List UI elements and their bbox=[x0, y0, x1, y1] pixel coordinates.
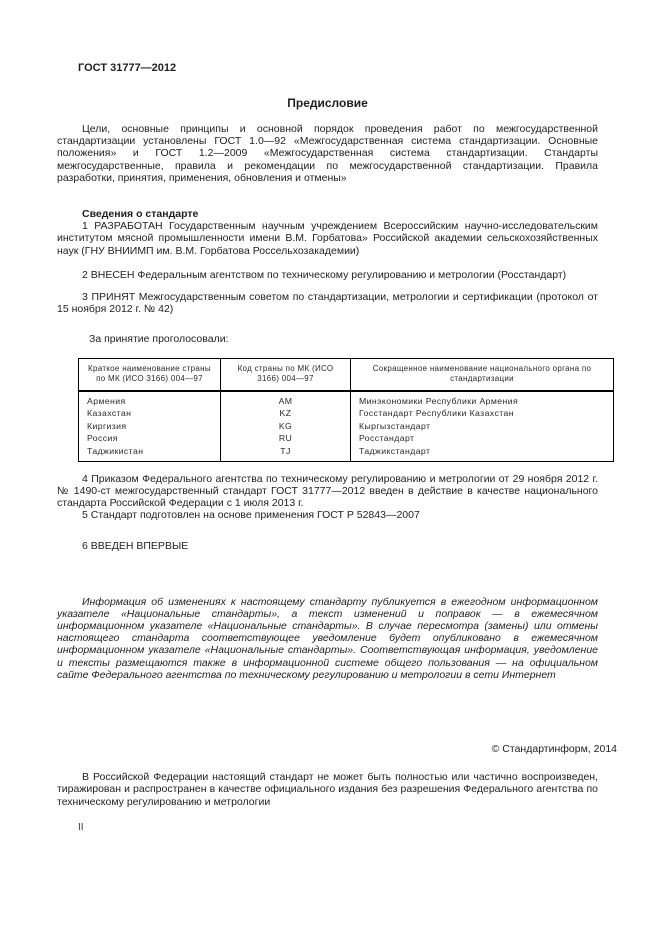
cell-org: Госстандарт Республики Казахстан bbox=[351, 407, 614, 420]
vote-table-header-row: Краткое наименование страны по МК (ИСО 3… bbox=[79, 358, 614, 391]
cell-code: TJ bbox=[221, 445, 351, 461]
reproduction-notice: В Российской Федерации настоящий стандар… bbox=[57, 771, 598, 808]
intro-paragraph: Цели, основные принципы и основной поряд… bbox=[57, 123, 598, 184]
info-item-adopted: 3 ПРИНЯТ Межгосударственным советом по с… bbox=[57, 291, 598, 315]
amendment-notice: Информация об изменениях к настоящему ст… bbox=[57, 596, 598, 681]
document-page: ГОСТ 31777—2012 Предисловие Цели, основн… bbox=[0, 0, 661, 936]
info-item-developed: 1 РАЗРАБОТАН Государственным научным учр… bbox=[57, 220, 598, 257]
table-row: Таджикистан TJ Таджикстандарт bbox=[79, 445, 614, 461]
standard-info-heading: Сведения о стандарте bbox=[82, 208, 598, 220]
cell-country: Россия bbox=[79, 432, 221, 445]
copyright-line: © Стандартинформ, 2014 bbox=[57, 743, 617, 755]
cell-code: RU bbox=[221, 432, 351, 445]
cell-country: Киргизия bbox=[79, 420, 221, 433]
standard-designation: ГОСТ 31777—2012 bbox=[78, 62, 661, 75]
vote-lead-text: За принятие проголосовали: bbox=[89, 333, 661, 345]
cell-code: AM bbox=[221, 391, 351, 408]
info-item-order: 4 Приказом Федерального агентства по тех… bbox=[57, 473, 598, 510]
cell-org: Минэкономики Республики Армения bbox=[351, 391, 614, 408]
table-row: Киргизия KG Кыргызстандарт bbox=[79, 420, 614, 433]
info-item-submitted: 2 ВНЕСЕН Федеральным агентством по техни… bbox=[57, 269, 598, 281]
cell-org: Кыргызстандарт bbox=[351, 420, 614, 433]
vote-table-header-code: Код страны по МК (ИСО 3166) 004—97 bbox=[221, 358, 351, 391]
info-item-basis: 5 Стандарт подготовлен на основе примене… bbox=[57, 509, 598, 521]
cell-code: KZ bbox=[221, 407, 351, 420]
cell-country: Таджикистан bbox=[79, 445, 221, 461]
cell-country: Армения bbox=[79, 391, 221, 408]
cell-country: Казахстан bbox=[79, 407, 221, 420]
table-row: Армения AM Минэкономики Республики Армен… bbox=[79, 391, 614, 408]
table-row: Казахстан KZ Госстандарт Республики Каза… bbox=[79, 407, 614, 420]
cell-org: Росстандарт bbox=[351, 432, 614, 445]
cell-org: Таджикстандарт bbox=[351, 445, 614, 461]
foreword-title: Предисловие bbox=[57, 96, 598, 110]
cell-code: KG bbox=[221, 420, 351, 433]
page-number: II bbox=[78, 822, 661, 834]
table-row: Россия RU Росстандарт bbox=[79, 432, 614, 445]
info-item-first-introduced: 6 ВВЕДЕН ВПЕРВЫЕ bbox=[57, 540, 598, 552]
vote-table-header-org: Сокращенное наименование национального о… bbox=[351, 358, 614, 391]
vote-table: Краткое наименование страны по МК (ИСО 3… bbox=[78, 358, 614, 462]
vote-table-header-country: Краткое наименование страны по МК (ИСО 3… bbox=[79, 358, 221, 391]
